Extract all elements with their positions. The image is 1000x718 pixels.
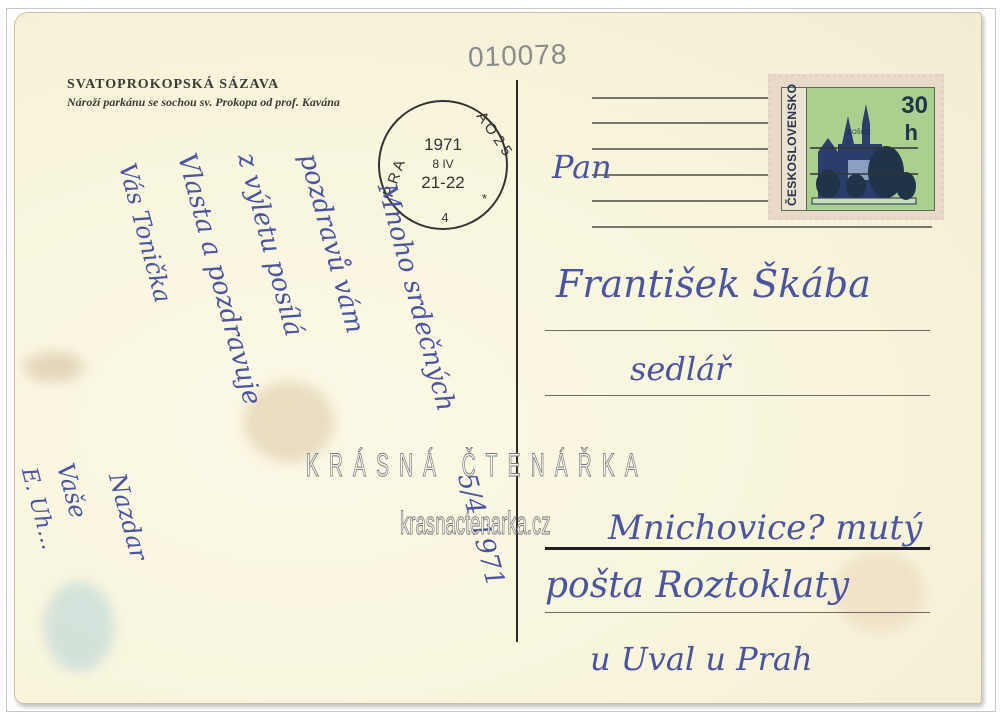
address-salutation: Pan xyxy=(552,148,612,186)
cancellation-line xyxy=(592,122,772,124)
postcard-title: SVATOPROKOPSKÁ SÁZAVA xyxy=(67,77,279,93)
stamp-country: ČESKOSLOVENSKO xyxy=(785,84,799,206)
cancellation-line xyxy=(592,226,932,228)
stain xyxy=(24,352,84,382)
cancellation-line xyxy=(592,200,772,202)
svg-text:21-22: 21-22 xyxy=(421,173,464,192)
address-place: Mnichovice? mutý xyxy=(608,508,922,548)
address-occupation: sedlář xyxy=(630,350,730,388)
stamp-city: KOŠICE xyxy=(848,130,871,136)
watermark-brand: KRÁSNÁ ČTENÁŘKA xyxy=(306,447,648,484)
stain xyxy=(44,582,114,672)
svg-text:4: 4 xyxy=(441,210,448,225)
stamp-unit: h xyxy=(905,120,918,146)
divider-line xyxy=(516,80,518,642)
address-line xyxy=(545,330,930,331)
postage-stamp: ČESKOSLOVENSKO KOŠICE 30 h xyxy=(768,74,944,220)
address-post: pošta Roztoklaty xyxy=(545,565,849,606)
cancellation-line xyxy=(592,174,772,176)
stamp-value: 30 xyxy=(901,92,928,120)
address-name: František Škába xyxy=(556,262,871,306)
svg-text:A O 2 5: A O 2 5 xyxy=(473,109,516,160)
cancellation-line xyxy=(592,148,772,150)
cancellation-line xyxy=(592,97,772,99)
address-line xyxy=(545,395,930,396)
svg-text:*: * xyxy=(482,191,487,206)
postcard-subtitle: Nároží parkánu se sochou sv. Prokopa od … xyxy=(67,95,340,110)
watermark-url: krasnactenarka.cz xyxy=(400,505,551,542)
svg-text:1971: 1971 xyxy=(424,135,462,154)
svg-text:8 IV: 8 IV xyxy=(432,157,453,171)
archive-number: 010078 xyxy=(467,38,567,73)
address-line xyxy=(545,612,930,613)
address-district: u Uval u Prah xyxy=(590,640,813,678)
address-line-bold xyxy=(545,547,930,550)
